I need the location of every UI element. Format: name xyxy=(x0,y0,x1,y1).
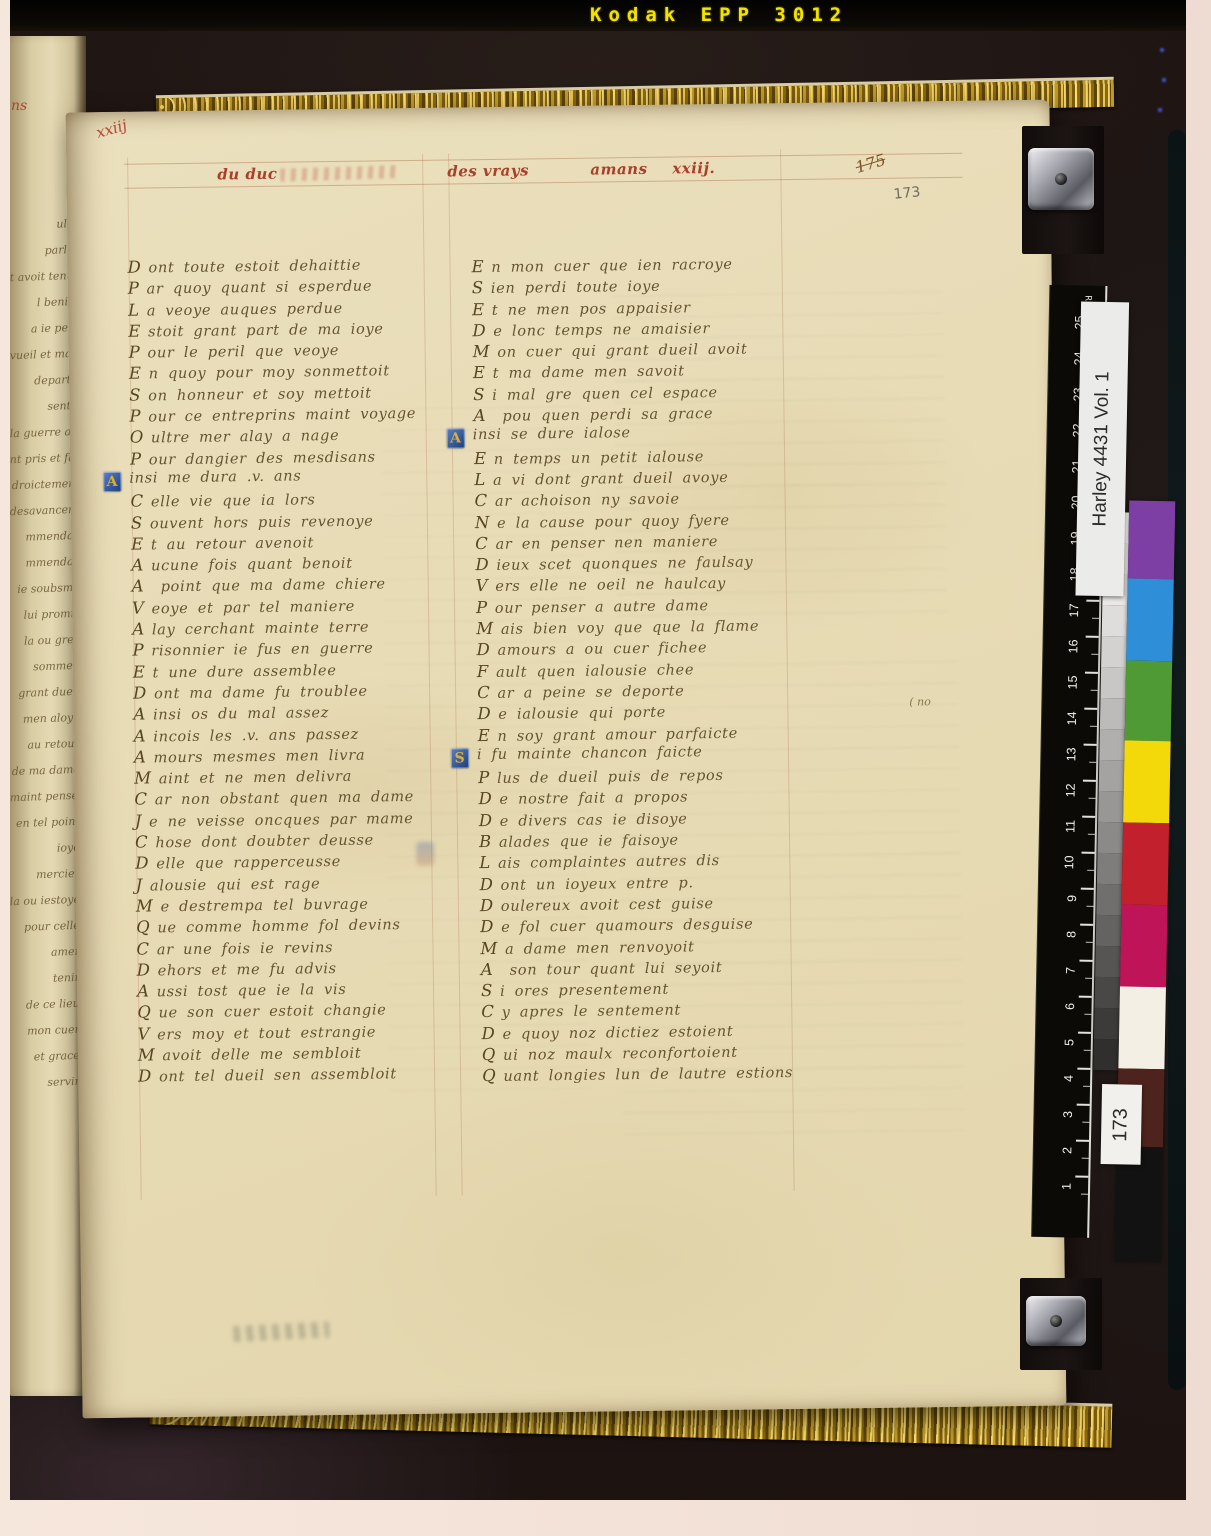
reflection-dot xyxy=(1162,78,1166,82)
ruler-tick-row: 13 xyxy=(1041,743,1097,780)
running-title-numeral: xxiij. xyxy=(672,159,715,178)
ruler-number: 1 xyxy=(1060,1183,1074,1190)
ruler-tick-row: 8 xyxy=(1037,923,1093,960)
grayscale-swatch xyxy=(1098,791,1124,822)
photo-mount-frame: Kodak EPP 3012 ns ulayparlayt avoit tenu… xyxy=(0,0,1211,1536)
manuscript-photograph: Kodak EPP 3012 ns ulayparlayt avoit tenu… xyxy=(10,0,1186,1500)
reflection-dot xyxy=(1160,48,1164,52)
grayscale-swatch xyxy=(1100,698,1126,729)
running-title-word: amans xyxy=(590,160,647,179)
film-stock-label: Kodak EPP 3012 xyxy=(590,4,848,26)
ruler-number: 9 xyxy=(1065,895,1079,902)
verse-line: Quant longies lun de lautre estions xyxy=(482,1062,794,1087)
ruler-number: 4 xyxy=(1062,1075,1076,1082)
color-patch xyxy=(1120,904,1168,987)
grayscale-swatch xyxy=(1095,977,1121,1008)
text-fragment: mmenday xyxy=(10,529,80,557)
grayscale-swatch xyxy=(1096,884,1122,915)
ruler-number: 2 xyxy=(1060,1147,1074,1154)
grayscale-swatch xyxy=(1099,729,1125,760)
calibration-assembly: RD RSI 25 24 23 22 21 xyxy=(1002,274,1186,1277)
grayscale-swatch xyxy=(1097,853,1123,884)
text-fragment: servir xyxy=(10,1075,80,1103)
color-patch xyxy=(1128,500,1175,579)
marginal-note: ( no xyxy=(909,695,931,708)
film-strip-bar: Kodak EPP 3012 xyxy=(10,0,1186,31)
text-fragment: lui promis xyxy=(10,607,80,635)
ruler-tick-row: 9 xyxy=(1038,887,1094,924)
ruler-number: 12 xyxy=(1064,783,1078,797)
grayscale-swatch xyxy=(1094,1008,1120,1039)
text-fragment: mmenday xyxy=(10,555,80,583)
catchword-smudge xyxy=(233,1321,330,1342)
grayscale-swatch xyxy=(1102,605,1128,636)
color-patch xyxy=(1122,822,1170,905)
ruler-number: 5 xyxy=(1062,1039,1076,1046)
facing-page-rubric-fragment: ns xyxy=(11,98,27,114)
ruler-number: 6 xyxy=(1063,1003,1077,1010)
ruler-tick-row: 3 xyxy=(1034,1103,1090,1140)
text-fragment: maint penser xyxy=(10,789,80,817)
illuminated-initial: A xyxy=(103,472,121,492)
grayscale-swatch xyxy=(1093,1039,1119,1070)
ruler-tick-row: 15 xyxy=(1042,671,1098,708)
shelfmark-label: Harley 4431 Vol. 1 xyxy=(1075,302,1129,597)
text-column-2: En mon cuer que ien racroyeSien perdi to… xyxy=(471,253,794,1088)
grayscale-swatch xyxy=(1098,822,1124,853)
ruler-number: 11 xyxy=(1063,820,1077,833)
ruler-number: 15 xyxy=(1066,675,1080,689)
folio-number-pencil: 173 xyxy=(893,184,921,203)
illuminated-initial: S xyxy=(451,748,469,768)
grayscale-swatch xyxy=(1101,636,1127,667)
grayscale-swatch xyxy=(1096,915,1122,946)
text-fragment: men aloye xyxy=(10,711,80,739)
color-patch xyxy=(1126,578,1174,661)
grayscale-swatch xyxy=(1095,946,1121,977)
ruler-number: 14 xyxy=(1065,711,1079,725)
initial-showthrough-spot xyxy=(416,842,434,866)
ruler-tick-row: 10 xyxy=(1039,851,1095,888)
ruler-tick-row: 14 xyxy=(1042,707,1098,744)
verse-line: Dont tel dueil sen assembloit xyxy=(138,1063,438,1088)
manuscript-page: du duc des vrays amans xxiij. 175 173 Do… xyxy=(65,100,1066,1419)
ruler-tick-row: 4 xyxy=(1035,1067,1091,1104)
ruler-number: 3 xyxy=(1061,1111,1075,1118)
running-title-word: du duc xyxy=(217,165,277,184)
ruling-line-horizontal xyxy=(124,153,962,165)
ruler-tick-row: 12 xyxy=(1040,779,1096,816)
text-fragment: et grace xyxy=(10,1049,80,1077)
ruler-tick-row: 11 xyxy=(1040,815,1096,852)
text-fragment: mon cuer xyxy=(10,1023,80,1051)
color-patch xyxy=(1125,660,1173,741)
ruler-number: 13 xyxy=(1064,747,1078,761)
ruler-tick-row: 17 xyxy=(1044,599,1100,636)
ruler-tick-row: 1 xyxy=(1033,1175,1089,1212)
text-fragment: de ma dame xyxy=(10,763,80,791)
text-fragment: grant dueil xyxy=(10,685,80,713)
text-fragment: de ce lieu xyxy=(10,997,80,1025)
text-fragment: tenir xyxy=(10,971,80,999)
ruler-tick-row: 5 xyxy=(1035,1031,1091,1068)
reflection-dot xyxy=(1158,108,1162,112)
rubric-offset-ghost xyxy=(280,165,396,182)
ruler-number: 17 xyxy=(1067,603,1081,617)
text-column-1: Dont toute estoit dehaittiePar quoy quan… xyxy=(127,254,438,1088)
text-fragment: ioye xyxy=(10,841,80,869)
text-fragment: pour celle xyxy=(10,919,80,947)
metal-clip-bottom xyxy=(1026,1296,1086,1346)
text-fragment: ie soubsme xyxy=(10,581,80,609)
ruler-tick-row: 16 xyxy=(1043,635,1099,672)
text-fragment: la ou grec xyxy=(10,633,80,661)
ruler-tick-row: 7 xyxy=(1037,959,1093,996)
grayscale-swatch xyxy=(1099,760,1125,791)
ruler-tick-row: 2 xyxy=(1033,1139,1089,1176)
folio-tag-label: 173 xyxy=(1101,1084,1143,1165)
metal-clip-top xyxy=(1028,148,1094,210)
text-fragment: au retour xyxy=(10,737,80,765)
ruler-number: 10 xyxy=(1062,855,1076,869)
ruler-number: 16 xyxy=(1066,639,1080,653)
grayscale-swatch xyxy=(1100,667,1126,698)
text-fragment: amer xyxy=(10,945,80,973)
color-patch xyxy=(1123,740,1171,823)
ruler-number: 8 xyxy=(1064,931,1078,938)
illuminated-initial: A xyxy=(447,429,465,449)
text-fragment: sommeil xyxy=(10,659,80,687)
text-fragment: la ou iestoye xyxy=(10,893,80,921)
text-fragment: en tel point xyxy=(10,815,80,843)
color-patch xyxy=(1118,986,1166,1069)
ruler-tick-row: 6 xyxy=(1036,995,1092,1032)
running-title-word: des vrays xyxy=(447,161,529,180)
text-fragment: mercier xyxy=(10,867,80,895)
ruler-number: 7 xyxy=(1064,967,1078,974)
